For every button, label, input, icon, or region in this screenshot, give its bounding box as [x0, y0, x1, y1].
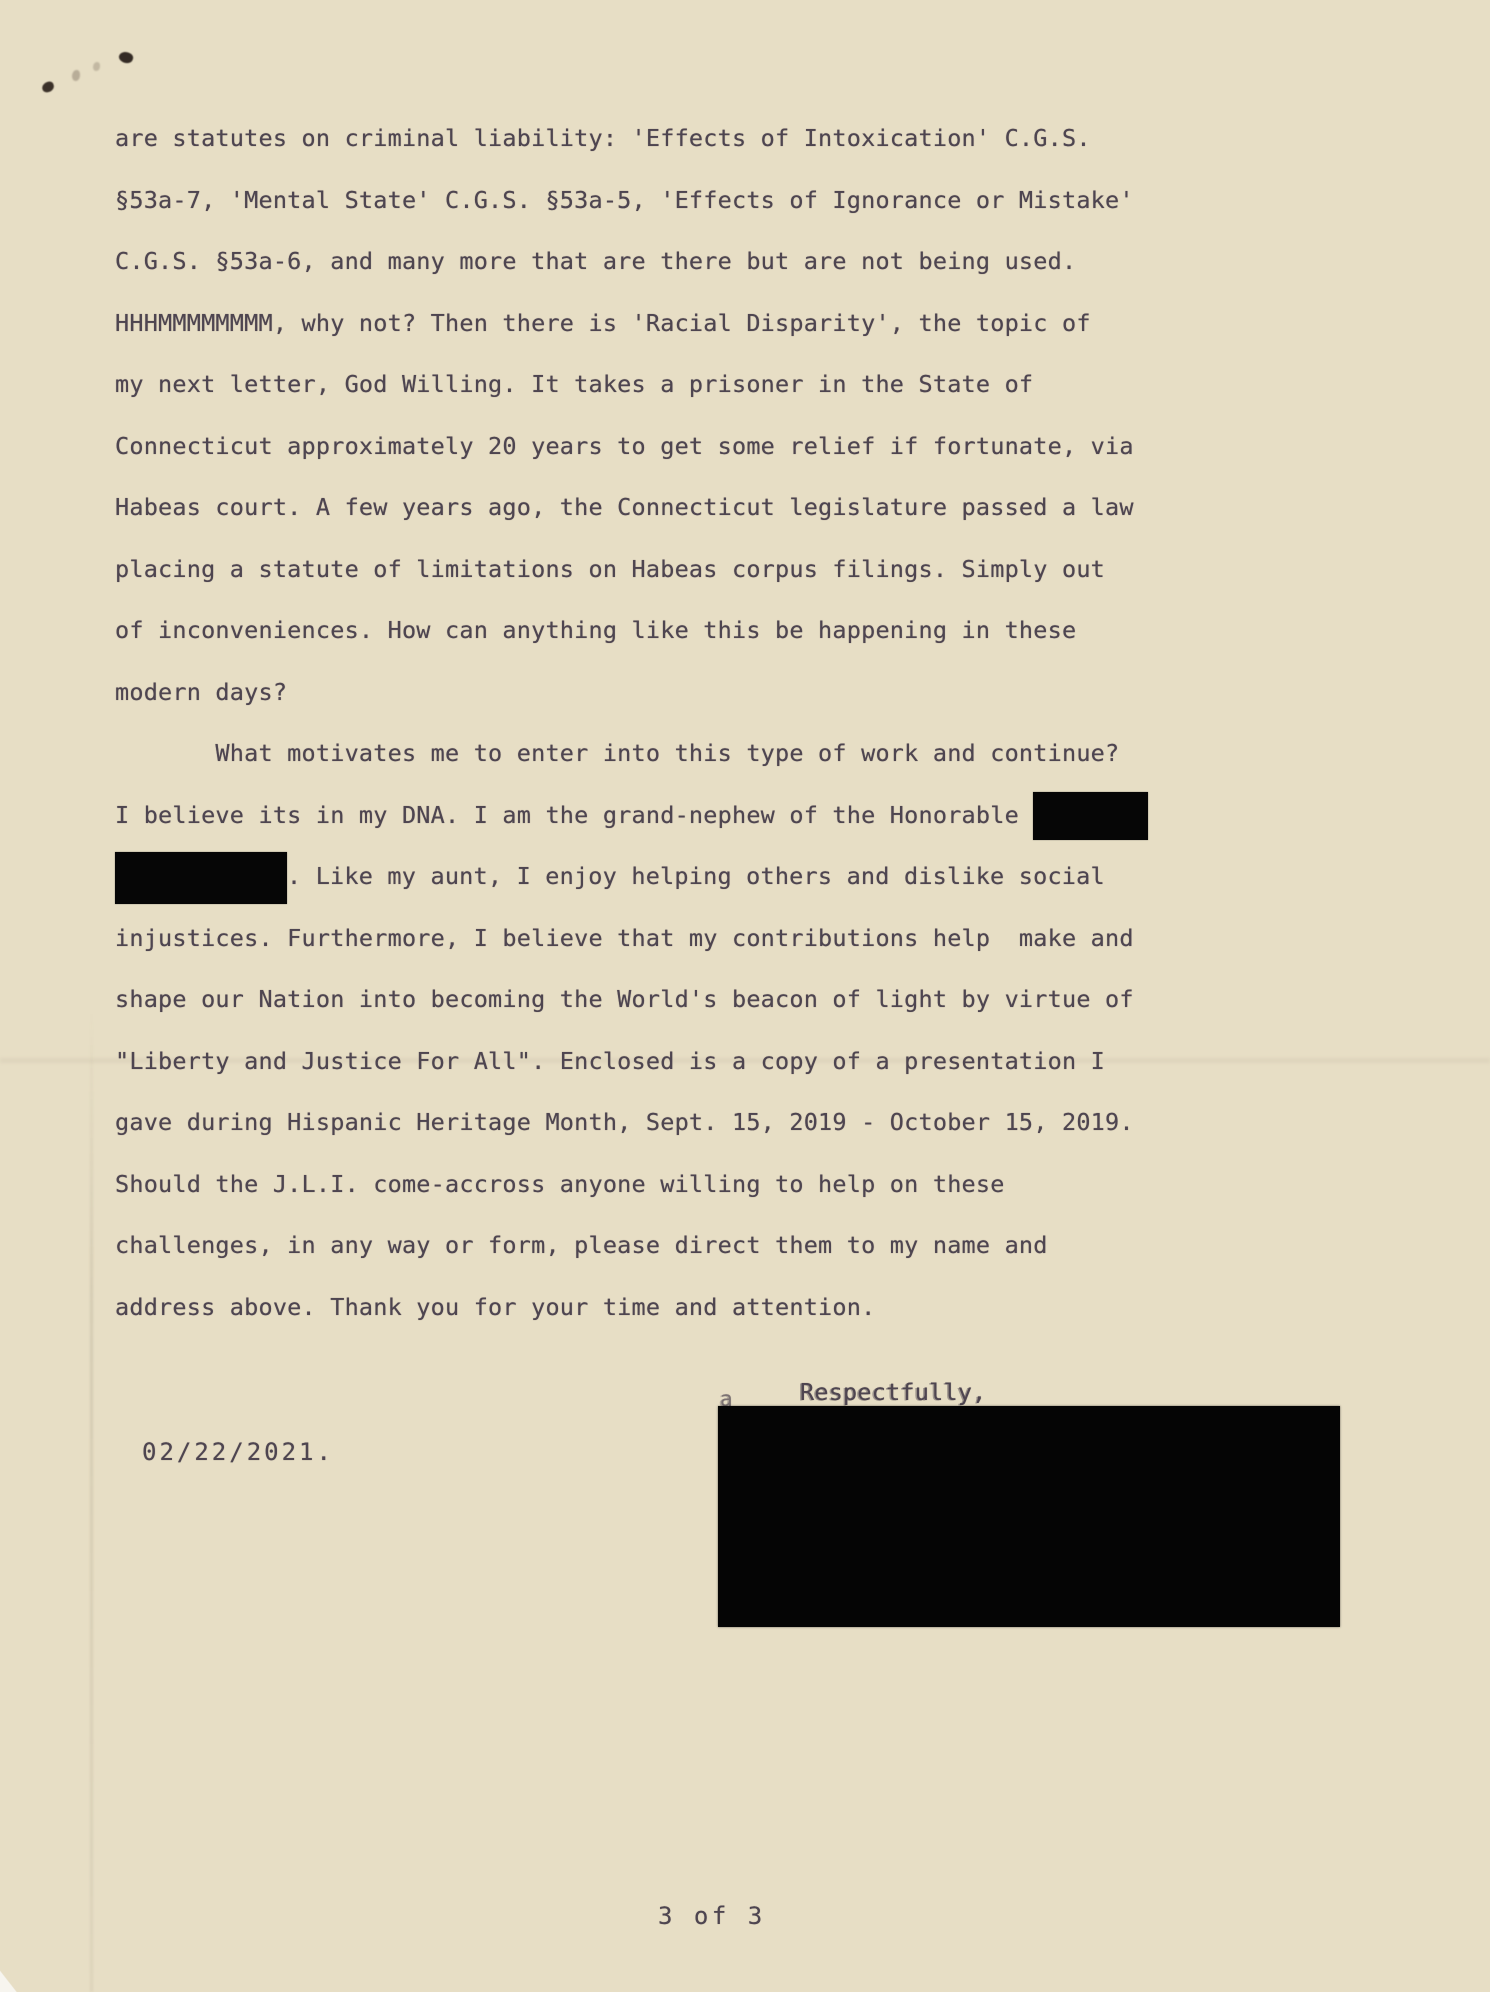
letter-line: of inconveniences. How can anything like… [115, 600, 1148, 662]
letter-line-text: §53a-7, 'Mental State' C.G.S. §53a-5, 'E… [115, 186, 1134, 214]
letter-line: injustices. Furthermore, I believe that … [115, 908, 1148, 970]
letter-line: challenges, in any way or form, please d… [115, 1215, 1148, 1277]
ink-speck [72, 70, 80, 81]
letter-line-text: challenges, in any way or form, please d… [115, 1231, 1048, 1259]
letter-line-text: "Liberty and Justice For All". Enclosed … [115, 1047, 1105, 1075]
letter-line-text: Connecticut approximately 20 years to ge… [115, 432, 1134, 460]
letter-line: gave during Hispanic Heritage Month, Sep… [115, 1092, 1148, 1154]
letter-line: address above. Thank you for your time a… [115, 1277, 1148, 1339]
letter-line: are statutes on criminal liability: 'Eff… [115, 108, 1148, 170]
closing-text: Respectfully, [800, 1378, 987, 1406]
letter-line: shape our Nation into becoming the World… [115, 969, 1148, 1031]
letter-line: What motivates me to enter into this typ… [115, 723, 1148, 785]
letter-line-text: . Like my aunt, I enjoy helping others a… [287, 862, 1105, 890]
letter-line: Should the J.L.I. come-accross anyone wi… [115, 1154, 1148, 1216]
letter-line-text: gave during Hispanic Heritage Month, Sep… [115, 1108, 1134, 1136]
ink-speck [117, 50, 134, 66]
letter-line-text: placing a statute of limitations on Habe… [115, 555, 1105, 583]
letter-line: modern days? [115, 662, 1148, 724]
letter-line-text: injustices. Furthermore, I believe that … [115, 924, 1134, 952]
letter-line-text: HHHMMMMMMMM, why not? Then there is 'Rac… [115, 309, 1091, 337]
letter-body: are statutes on criminal liability: 'Eff… [115, 108, 1148, 1338]
vertical-crease [90, 1010, 93, 1992]
inline-redaction-box [115, 852, 287, 904]
letter-line-text: C.G.S. §53a-6, and many more that are th… [115, 247, 1076, 275]
page-corner-sliver [0, 1962, 36, 1992]
signature-redaction-box [718, 1406, 1340, 1627]
letter-line-text: of inconveniences. How can anything like… [115, 616, 1076, 644]
letter-line: Habeas court. A few years ago, the Conne… [115, 477, 1148, 539]
letter-line-text: my next letter, God Willing. It takes a … [115, 370, 1033, 398]
letter-line: §53a-7, 'Mental State' C.G.S. §53a-5, 'E… [115, 170, 1148, 232]
ink-speck [41, 80, 56, 93]
letter-line: Connecticut approximately 20 years to ge… [115, 416, 1148, 478]
letter-line-text: are statutes on criminal liability: 'Eff… [115, 124, 1091, 152]
letter-line: "Liberty and Justice For All". Enclosed … [115, 1031, 1148, 1093]
inline-redaction-box [1033, 792, 1148, 840]
letter-page: are statutes on criminal liability: 'Eff… [0, 0, 1490, 1992]
date-line: 02/22/2021. [142, 1438, 334, 1466]
letter-line-text: Habeas court. A few years ago, the Conne… [115, 493, 1134, 521]
letter-line: I believe its in my DNA. I am the grand-… [115, 785, 1148, 847]
letter-line: my next letter, God Willing. It takes a … [115, 354, 1148, 416]
letter-line-text: I believe its in my DNA. I am the grand-… [115, 801, 1033, 829]
page-footer: 3 of 3 [658, 1902, 766, 1930]
letter-line-text: modern days? [115, 678, 287, 706]
ink-speck [93, 62, 100, 71]
closing-respectfully: aRespectfully, [800, 1377, 987, 1407]
letter-line: HHHMMMMMMMM, why not? Then there is 'Rac… [115, 293, 1148, 355]
letter-line: C.G.S. §53a-6, and many more that are th… [115, 231, 1148, 293]
letter-line-text: shape our Nation into becoming the World… [115, 985, 1134, 1013]
letter-line: placing a statute of limitations on Habe… [115, 539, 1148, 601]
letter-line-text: Should the J.L.I. come-accross anyone wi… [115, 1170, 1005, 1198]
letter-line: . Like my aunt, I enjoy helping others a… [115, 846, 1148, 908]
letter-line-text: address above. Thank you for your time a… [115, 1293, 875, 1321]
letter-line-text: What motivates me to enter into this typ… [115, 739, 1119, 767]
